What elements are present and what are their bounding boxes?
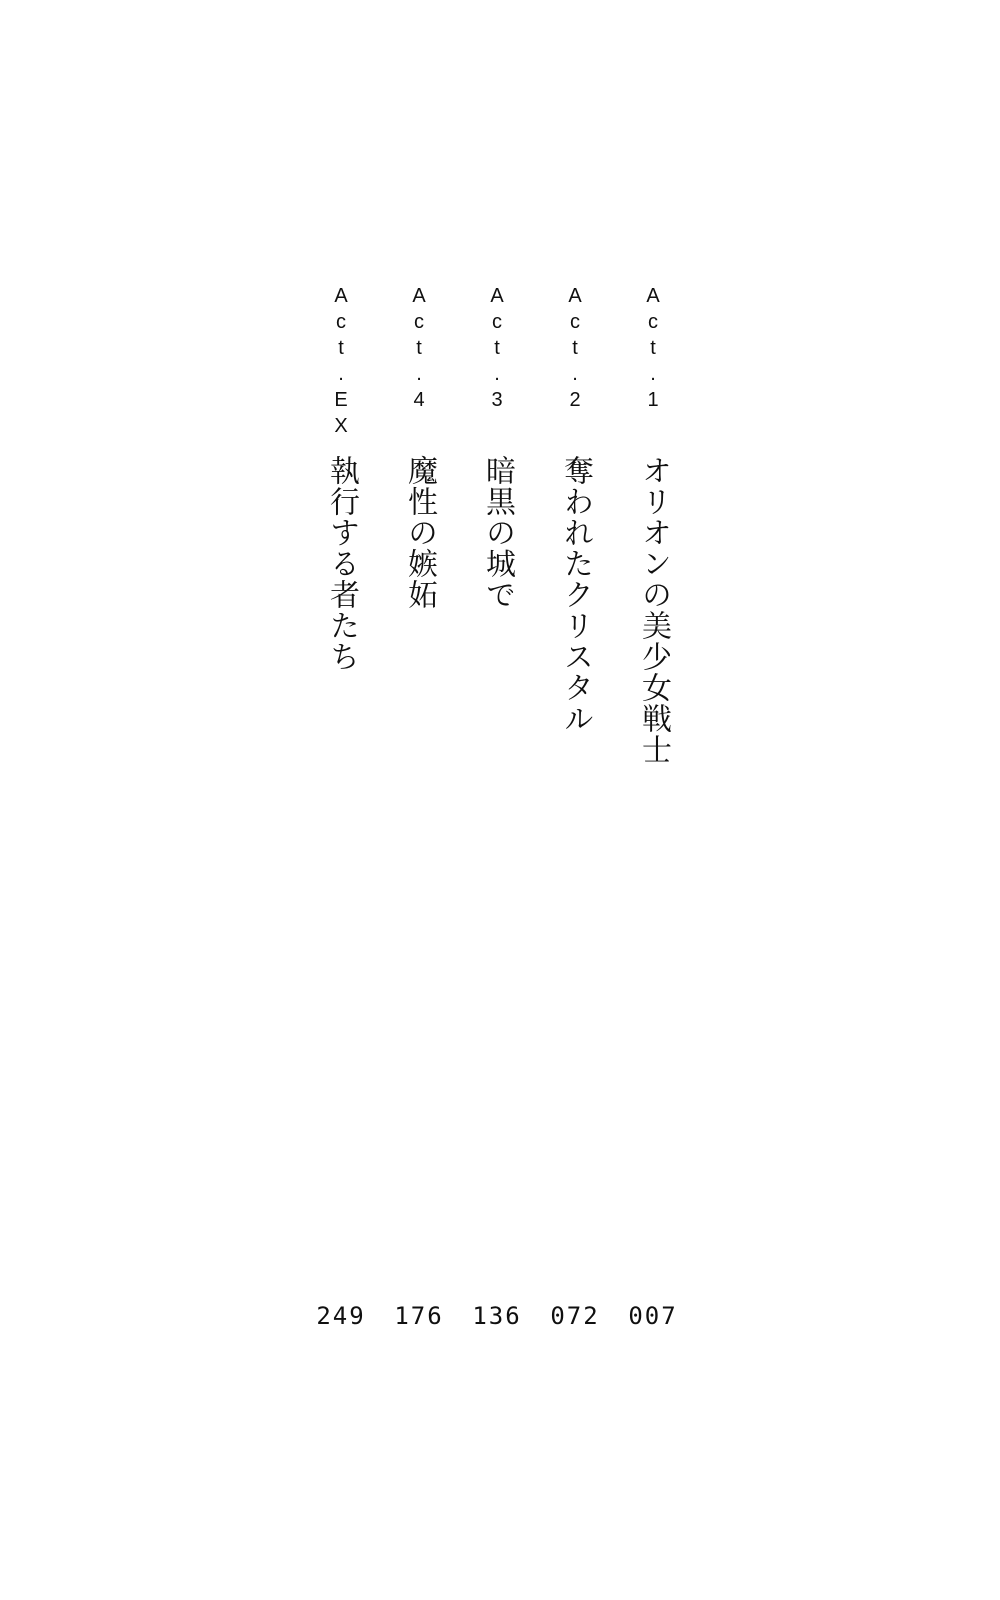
page-cell-act1: 007 bbox=[614, 1302, 692, 1330]
act-slot: Act.2 bbox=[565, 285, 585, 455]
act-label: Act.3 bbox=[487, 285, 507, 415]
act-slot: Act.EX bbox=[331, 285, 351, 455]
chapter-title: 執行する者たち bbox=[326, 455, 356, 672]
page-cell-act3: 136 bbox=[458, 1302, 536, 1330]
toc-entry-act3: Act.3 暗黒の城で bbox=[458, 285, 536, 765]
toc-entry-act2: Act.2 奪われたクリスタル bbox=[536, 285, 614, 765]
toc-entry-act1: Act.1 オリオンの美少女戦士 bbox=[614, 285, 692, 765]
chapter-title: 奪われたクリスタル bbox=[560, 455, 590, 734]
page-cell-act-ex: 249 bbox=[302, 1302, 380, 1330]
toc-entry-act4: Act.4 魔性の嫉妬 bbox=[380, 285, 458, 765]
act-slot: Act.4 bbox=[409, 285, 429, 455]
chapter-title: オリオンの美少女戦士 bbox=[638, 455, 668, 765]
chapter-title: 暗黒の城で bbox=[482, 455, 512, 610]
page-cell-act2: 072 bbox=[536, 1302, 614, 1330]
act-label: Act.4 bbox=[409, 285, 429, 415]
act-slot: Act.1 bbox=[643, 285, 663, 455]
book-page: { "page": { "background": "#ffffff", "te… bbox=[0, 0, 1000, 1600]
chapter-title: 魔性の嫉妬 bbox=[404, 455, 434, 610]
act-label: Act.1 bbox=[643, 285, 663, 415]
page-number: 072 bbox=[550, 1302, 599, 1330]
table-of-contents: Act.1 オリオンの美少女戦士 Act.2 奪われたクリスタル Act.3 暗… bbox=[302, 285, 692, 765]
page-number-row: 007 072 136 176 249 bbox=[302, 1302, 692, 1330]
page-cell-act4: 176 bbox=[380, 1302, 458, 1330]
act-label: Act.2 bbox=[565, 285, 585, 415]
page-number: 176 bbox=[394, 1302, 443, 1330]
page-number: 007 bbox=[628, 1302, 677, 1330]
act-slot: Act.3 bbox=[487, 285, 507, 455]
page-number: 249 bbox=[316, 1302, 365, 1330]
toc-entry-act-ex: Act.EX 執行する者たち bbox=[302, 285, 380, 765]
act-label: Act.EX bbox=[331, 285, 351, 441]
page-number: 136 bbox=[472, 1302, 521, 1330]
